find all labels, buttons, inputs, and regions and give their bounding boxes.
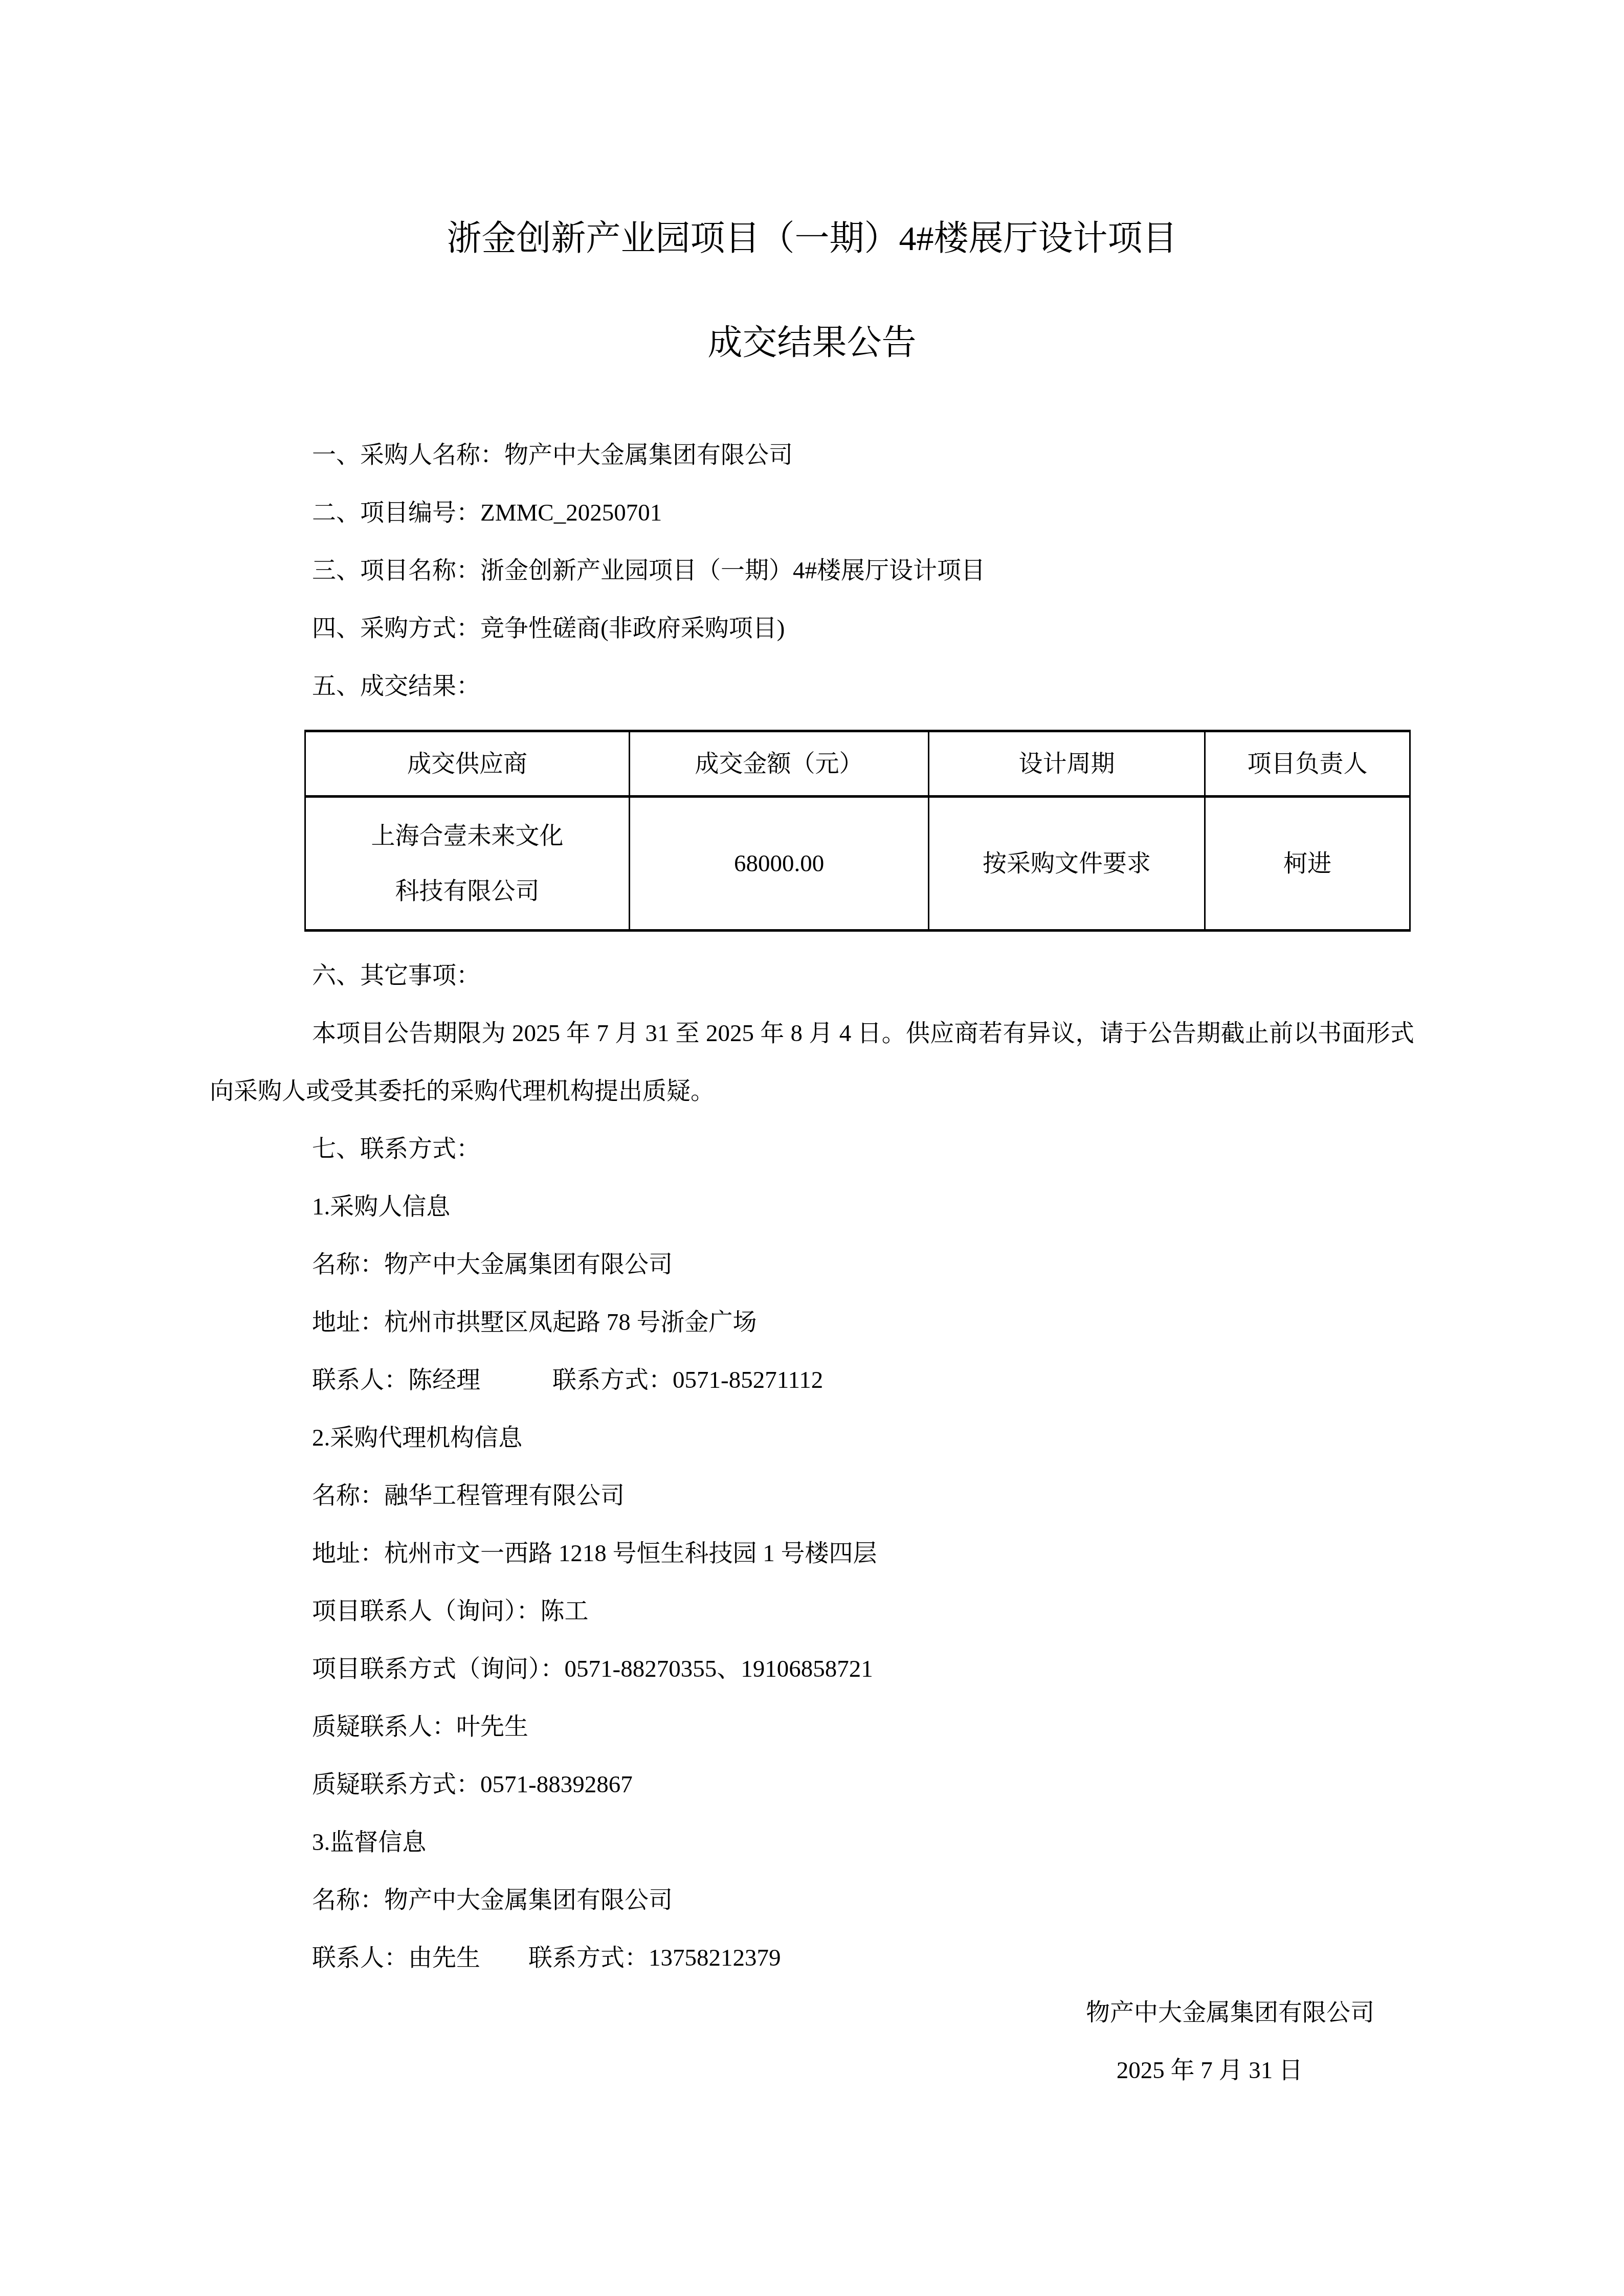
agency-query-phone: 质疑联系方式：0571-88392867 xyxy=(312,1756,1414,1814)
item-project-name: 三、项目名称：浙金创新产业园项目（一期）4#楼展厅设计项目 xyxy=(312,542,1414,600)
document-title-line1: 浙金创新产业园项目（一期）4#楼展厅设计项目 xyxy=(210,215,1414,262)
document-title-line2: 成交结果公告 xyxy=(210,319,1414,366)
other-matters-heading: 六、其它事项： xyxy=(312,947,1414,1005)
buyer-info-contact: 联系人：陈经理 联系方式：0571-85271112 xyxy=(312,1352,1414,1409)
result-table: 成交供应商 成交金额（元） 设计周期 项目负责人 上海合壹未来文化 科技有限公司… xyxy=(304,730,1411,932)
buyer-info-heading: 1.采购人信息 xyxy=(312,1178,1414,1236)
item-result-heading: 五、成交结果： xyxy=(312,658,1414,715)
signature-date: 2025 年 7 月 31 日 xyxy=(210,2042,1414,2100)
result-table-row: 上海合壹未来文化 科技有限公司 68000.00 按采购文件要求 柯进 xyxy=(305,797,1410,931)
column-header-period: 设计周期 xyxy=(929,731,1205,797)
agency-info-name: 名称：融华工程管理有限公司 xyxy=(312,1467,1414,1525)
agency-project-contact: 项目联系人（询问）：陈工 xyxy=(312,1583,1414,1640)
agency-query-contact: 质疑联系人：叶先生 xyxy=(312,1698,1414,1756)
signature-company: 物产中大金属集团有限公司 xyxy=(210,1984,1414,2042)
supervision-info-contact: 联系人：由先生 联系方式：13758212379 xyxy=(312,1929,1414,1987)
cell-period: 按采购文件要求 xyxy=(929,797,1205,931)
announcement-period-paragraph: 本项目公告期限为 2025 年 7 月 31 至 2025 年 8 月 4 日。… xyxy=(210,1005,1414,1120)
column-header-manager: 项目负责人 xyxy=(1205,731,1410,797)
item-procurement-method: 四、采购方式：竞争性磋商(非政府采购项目) xyxy=(312,600,1414,658)
buyer-info-name: 名称：物产中大金属集团有限公司 xyxy=(312,1236,1414,1294)
document-page: 浙金创新产业园项目（一期）4#楼展厅设计项目 成交结果公告 一、采购人名称：物产… xyxy=(0,0,1624,2296)
agency-info-heading: 2.采购代理机构信息 xyxy=(312,1409,1414,1467)
supervision-info-heading: 3.监督信息 xyxy=(312,1814,1414,1872)
buyer-info-address: 地址：杭州市拱墅区凤起路 78 号浙金广场 xyxy=(312,1294,1414,1352)
item-buyer-name: 一、采购人名称：物产中大金属集团有限公司 xyxy=(312,426,1414,484)
cell-supplier: 上海合壹未来文化 科技有限公司 xyxy=(305,797,630,931)
agency-info-address: 地址：杭州市文一西路 1218 号恒生科技园 1 号楼四层 xyxy=(312,1525,1414,1583)
column-header-supplier: 成交供应商 xyxy=(305,731,630,797)
document-body: 一、采购人名称：物产中大金属集团有限公司 二、项目编号：ZMMC_2025070… xyxy=(210,426,1414,2100)
item-project-number: 二、项目编号：ZMMC_20250701 xyxy=(312,484,1414,542)
agency-project-phone: 项目联系方式（询问）：0571-88270355、19106858721 xyxy=(312,1640,1414,1698)
column-header-amount: 成交金额（元） xyxy=(630,731,929,797)
cell-manager: 柯进 xyxy=(1205,797,1410,931)
contact-heading: 七、联系方式： xyxy=(312,1120,1414,1178)
supervision-info-name: 名称：物产中大金属集团有限公司 xyxy=(312,1872,1414,1929)
cell-amount: 68000.00 xyxy=(630,797,929,931)
result-table-header-row: 成交供应商 成交金额（元） 设计周期 项目负责人 xyxy=(305,731,1410,797)
